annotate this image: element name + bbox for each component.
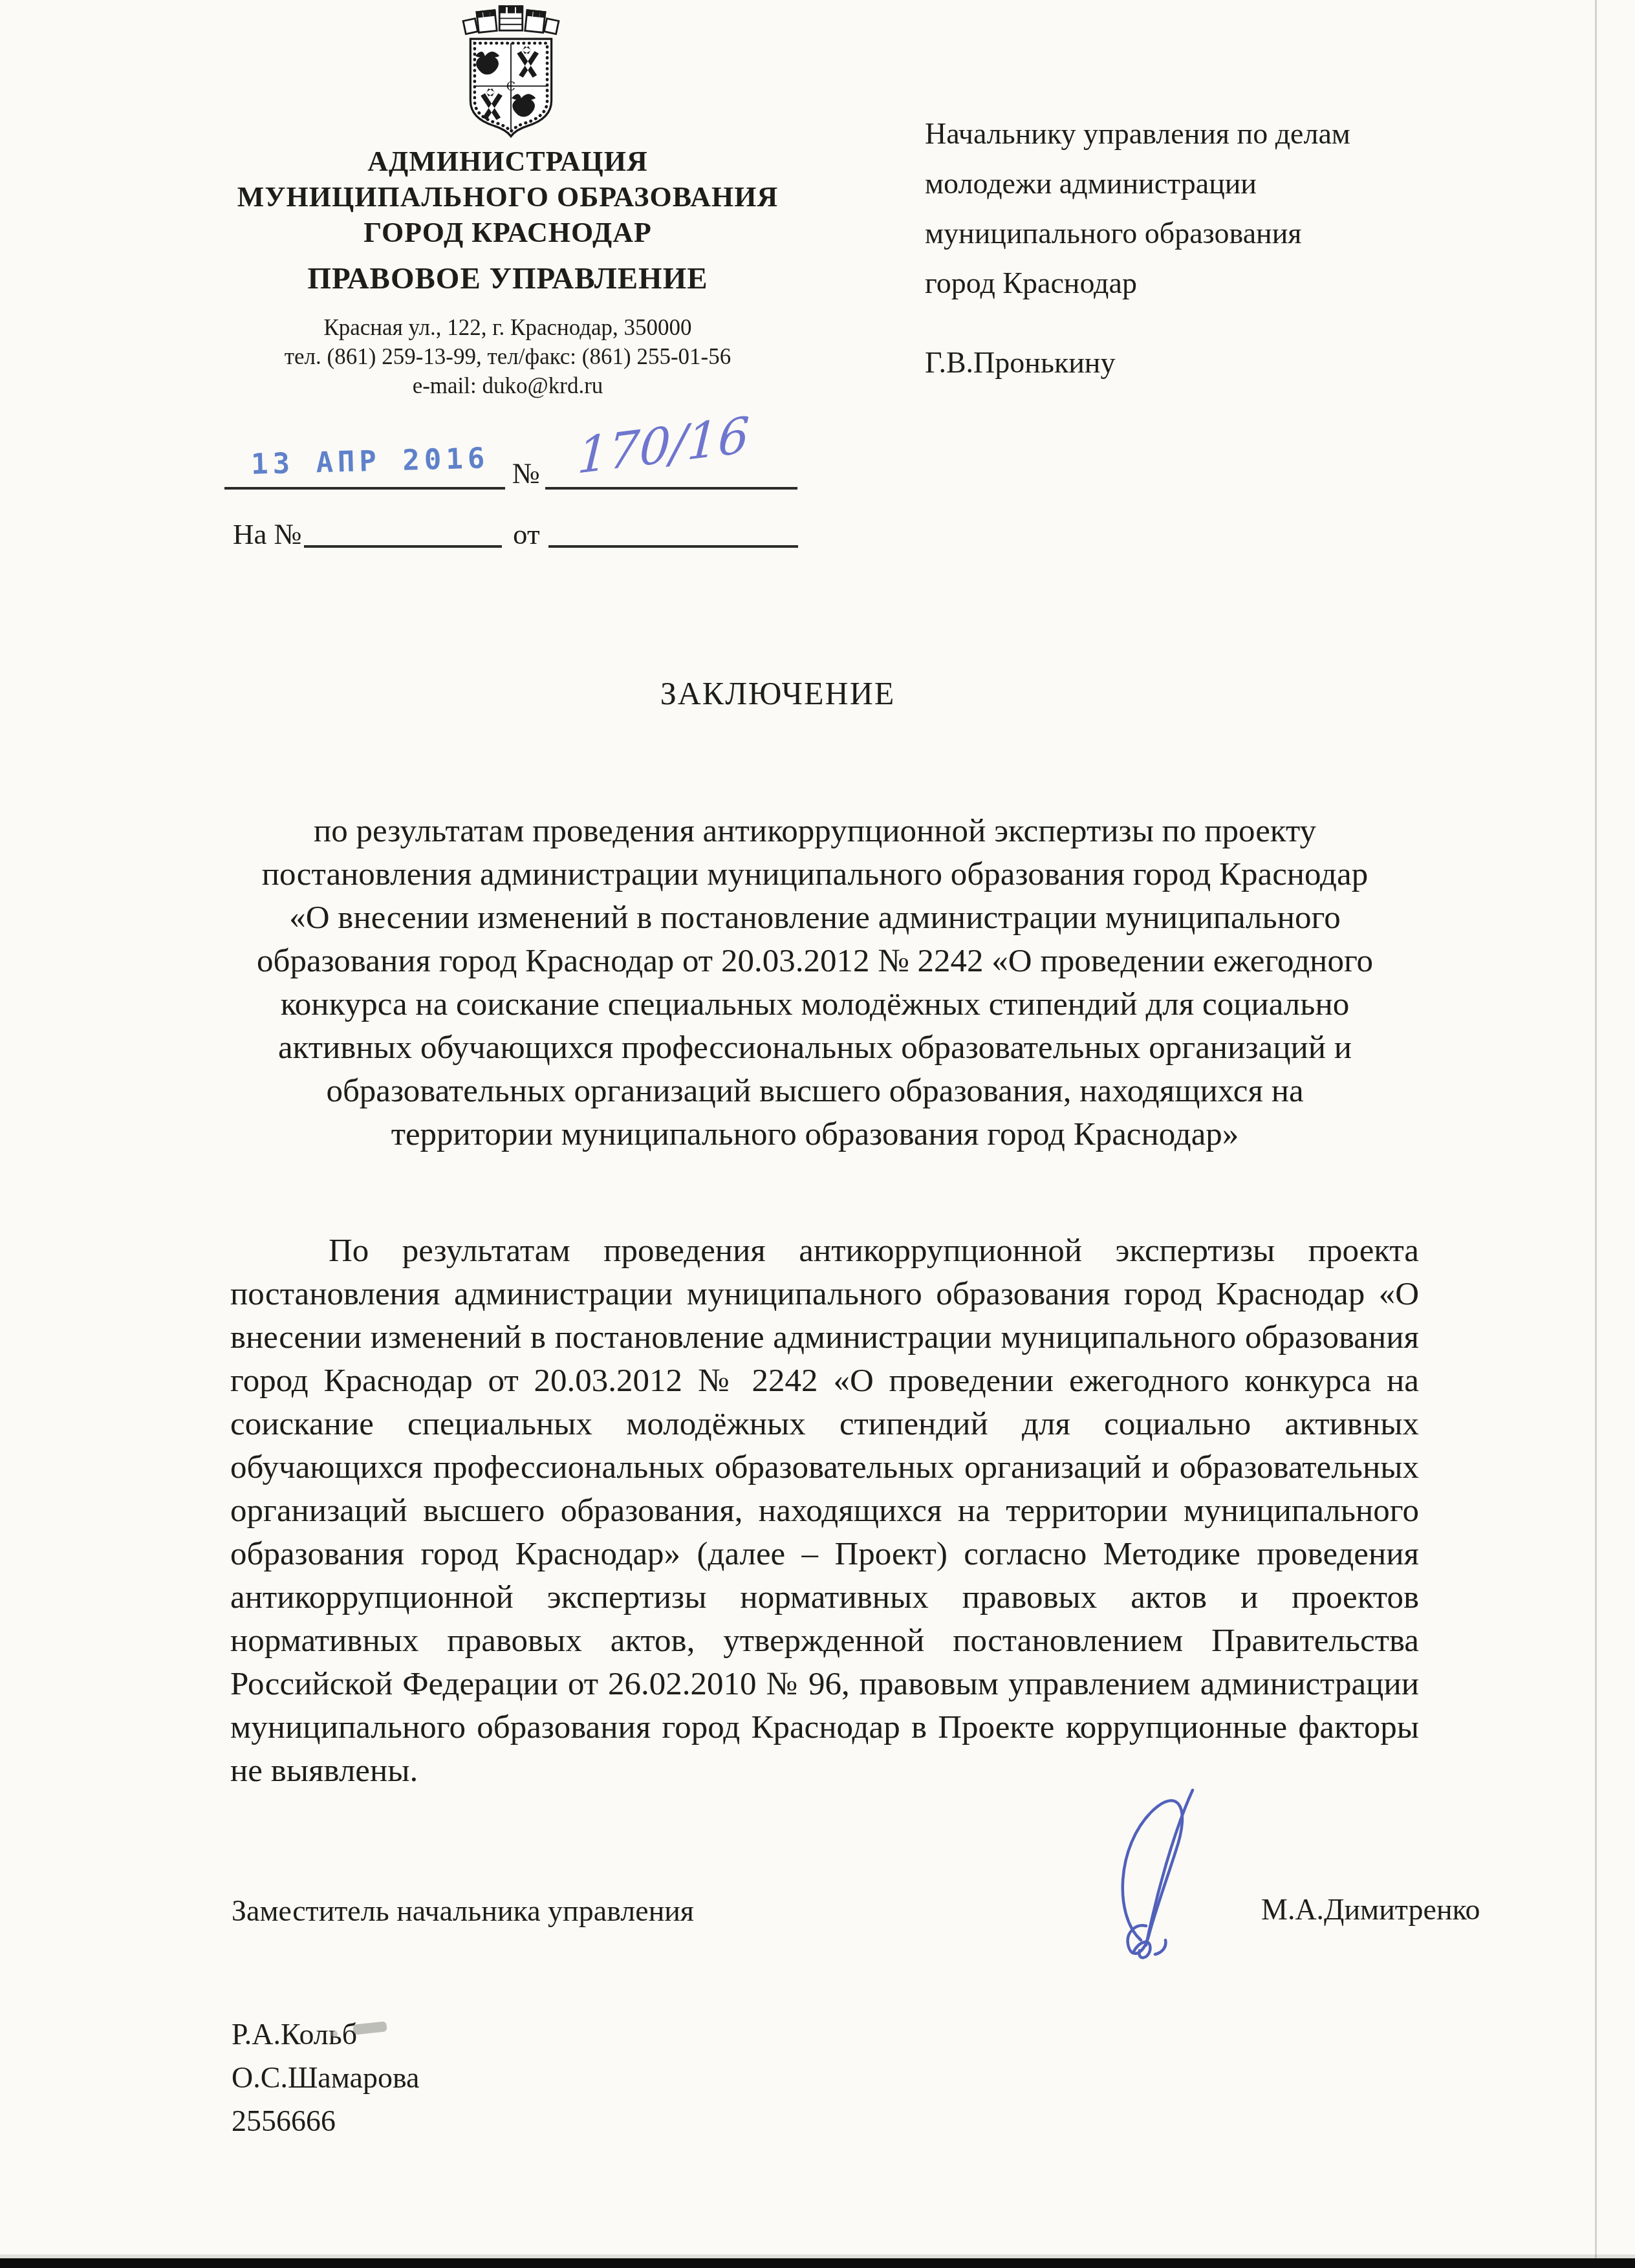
recipient-line: Начальнику управления по делам xyxy=(925,109,1533,158)
subject-line: по результатам проведения антикоррупцион… xyxy=(213,810,1416,853)
recipient-block: Начальнику управления по деламмолодежи а… xyxy=(925,109,1533,387)
svg-text:Є: Є xyxy=(506,80,515,94)
org-name-line-3: ГОРОД КРАСНОДАР xyxy=(210,215,805,250)
subject-line: «О внесении изменений в постановление ад… xyxy=(213,896,1416,940)
signature-icon xyxy=(1032,1786,1278,1987)
subject-line: активных обучающихся профессиональных об… xyxy=(213,1026,1416,1070)
org-name-line-1: АДМИНИСТРАЦИЯ xyxy=(210,144,805,179)
scanned-letter-page: Є АДМИНИСТРАЦИЯ МУНИЦИПАЛЬНОГО ОБРАЗОВАН… xyxy=(0,0,1635,2268)
phone-line: тел. (861) 259-13-99, тел/факс: (861) 25… xyxy=(210,342,805,371)
executors-block: Р.А.КольбО.С.Шамарова2556666 xyxy=(232,2013,419,2143)
reply-date-rule-line xyxy=(548,545,798,548)
recipient-line: город Краснодар xyxy=(925,258,1533,308)
reply-number-rule-line xyxy=(304,545,502,548)
handwritten-number: 170/16 xyxy=(576,405,751,485)
reply-date-label: от xyxy=(513,517,540,551)
subject-line: конкурса на соискание специальных молодё… xyxy=(213,983,1416,1026)
document-title: ЗАКЛЮЧЕНИЕ xyxy=(213,675,1342,712)
executor-line: О.С.Шамарова xyxy=(232,2056,419,2099)
email-line: e-mail: duko@krd.ru xyxy=(210,371,805,400)
org-name-line-2: МУНИЦИПАЛЬНОГО ОБРАЗОВАНИЯ xyxy=(210,179,805,215)
recipient-line: муниципального образования xyxy=(925,208,1533,258)
number-rule-line xyxy=(545,487,797,490)
subject-line: территории муниципального образования го… xyxy=(213,1113,1416,1156)
recipient-line: молодежи администрации xyxy=(925,158,1533,208)
recipient-name: Г.В.Пронькину xyxy=(925,338,1533,387)
subject-line: постановления администрации муниципально… xyxy=(213,853,1416,896)
department-name: ПРАВОВОЕ УПРАВЛЕНИЕ xyxy=(210,261,805,297)
letterhead: АДМИНИСТРАЦИЯ МУНИЦИПАЛЬНОГО ОБРАЗОВАНИЯ… xyxy=(210,144,805,400)
signer-name: М.А.Димитренко xyxy=(1261,1892,1480,1927)
date-stamp: 13 АПР 2016 xyxy=(250,442,490,481)
subject-line: образования город Краснодар от 20.03.201… xyxy=(213,940,1416,983)
paper-edge-shadow xyxy=(1595,0,1597,2258)
scan-smudge-dot xyxy=(331,2031,338,2037)
number-label: № xyxy=(512,457,540,490)
executor-line: Р.А.Кольб xyxy=(232,2013,419,2056)
subject-line: образовательных организаций высшего обра… xyxy=(213,1070,1416,1113)
coat-of-arms-icon: Є xyxy=(446,4,576,143)
postal-address: Красная ул., 122, г. Краснодар, 350000 xyxy=(210,313,805,342)
reply-to-label: На № xyxy=(233,517,302,551)
body-paragraph: По результатам проведения антикоррупцион… xyxy=(230,1229,1419,1793)
document-subject: по результатам проведения антикоррупцион… xyxy=(213,810,1416,1156)
date-rule-line xyxy=(224,487,505,490)
executor-line: 2556666 xyxy=(232,2099,419,2143)
signer-position: Заместитель начальника управления xyxy=(232,1894,694,1928)
scan-bottom-bar xyxy=(0,2258,1635,2268)
